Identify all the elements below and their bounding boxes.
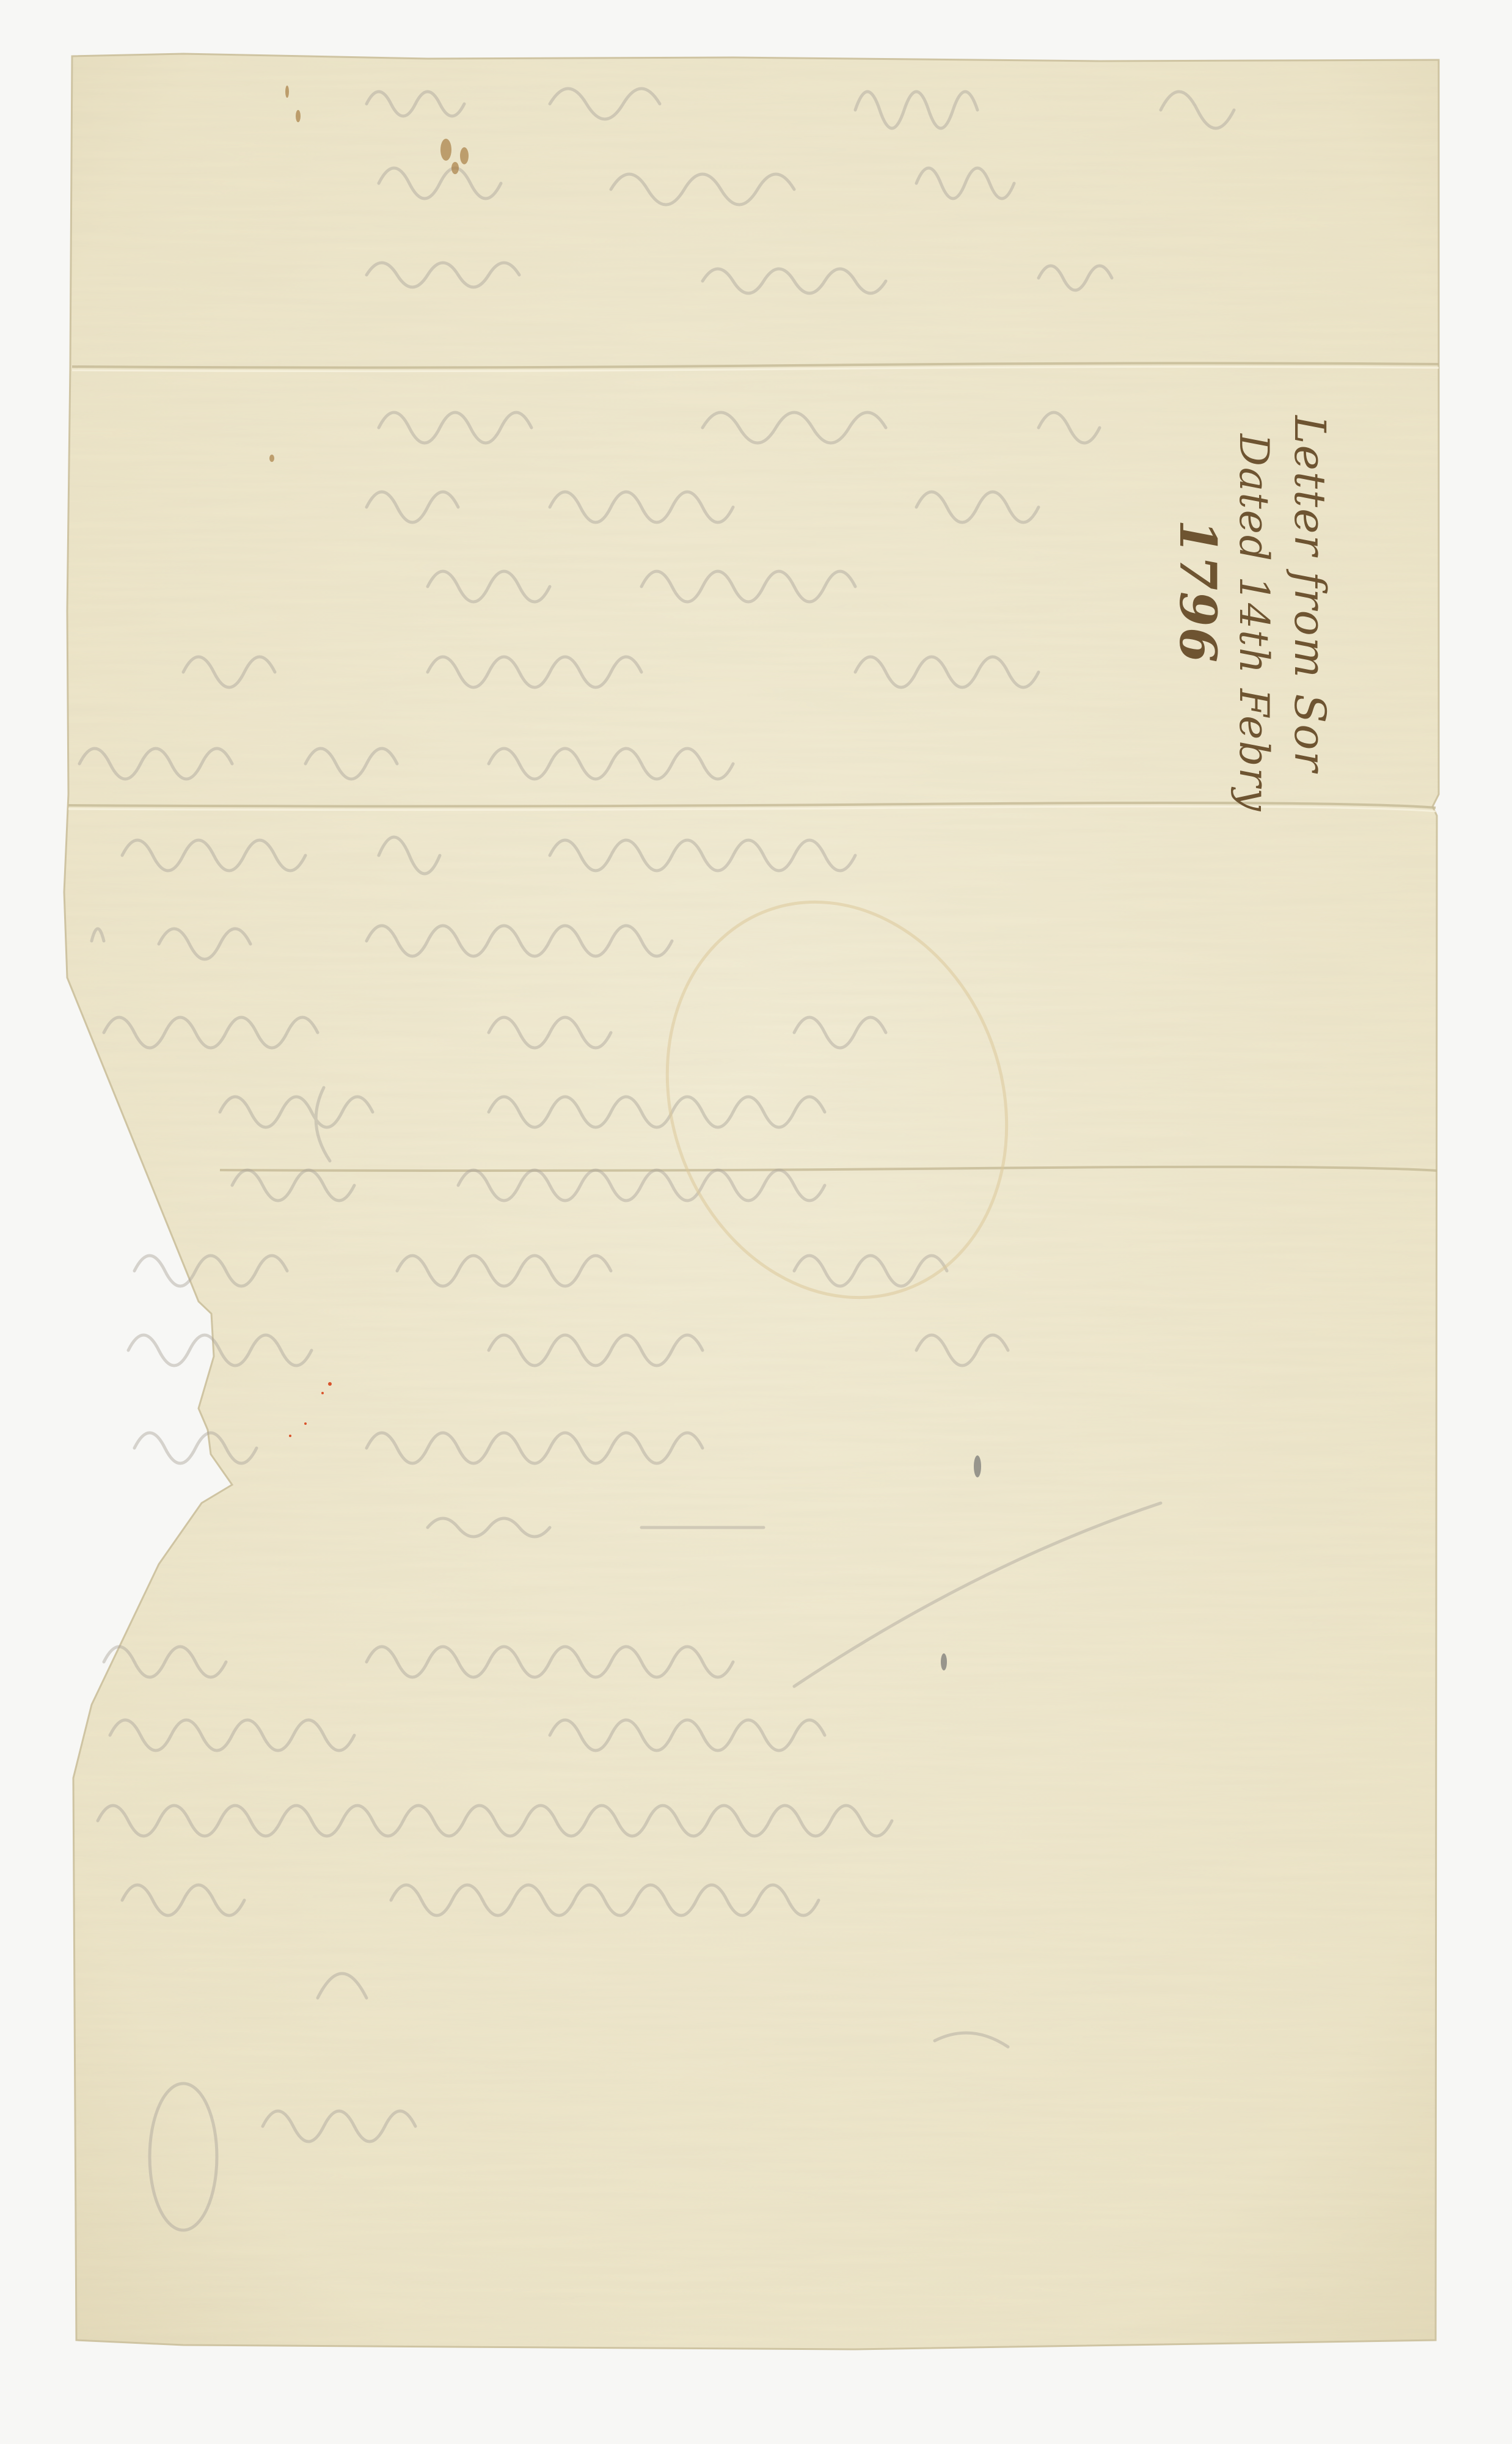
- docket-line-3-year: 1796: [1169, 391, 1225, 831]
- docket-line-1: Letter from Sor: [1282, 391, 1338, 831]
- paper-svg: [0, 0, 1512, 2444]
- docket-line-2: Dated 14th Febry: [1225, 391, 1282, 831]
- letter-sheet: Letter from Sor Dated 14th Febry 1796: [0, 0, 1512, 2444]
- docket-note: Letter from Sor Dated 14th Febry 1796: [1155, 391, 1338, 831]
